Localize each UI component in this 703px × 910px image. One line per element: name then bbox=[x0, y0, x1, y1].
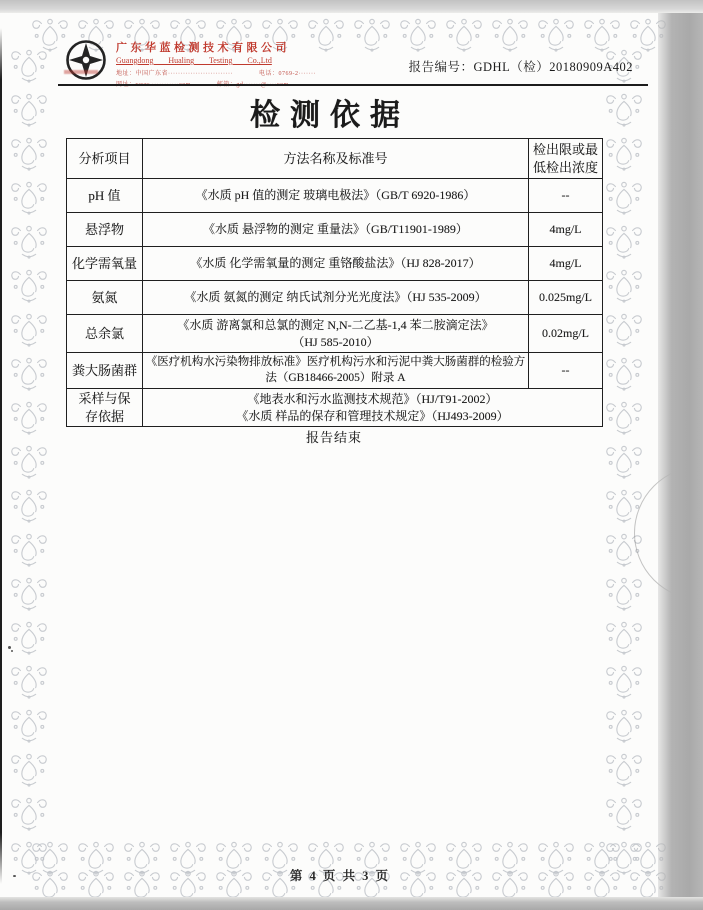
table-row: pH 值 《水质 pH 值的测定 玻璃电极法》（GB/T 6920-1986） … bbox=[67, 179, 603, 213]
scan-edge-left bbox=[0, 28, 2, 884]
filigree-motif-icon bbox=[442, 15, 486, 53]
method-standard: 《水质 游离氯和总氯的测定 N,N-二乙基-1,4 苯二胺滴定法》 （HJ 58… bbox=[143, 315, 529, 353]
report-number: 报告编号：GDHL（检）20180909A402 bbox=[409, 57, 634, 75]
accreditation-mark bbox=[64, 70, 98, 74]
col-header-limit: 检出限或最 低检出浓度 bbox=[529, 139, 603, 179]
scan-speck bbox=[11, 650, 13, 652]
page-number-footer: 第 4 页 共 3 页 bbox=[0, 866, 680, 884]
company-phone: 电话：0769-2······· bbox=[259, 68, 316, 77]
filigree-motif-icon bbox=[602, 706, 646, 744]
detection-limit: 0.02mg/L bbox=[529, 315, 603, 353]
filigree-motif-icon bbox=[7, 750, 51, 788]
analysis-item: 悬浮物 bbox=[67, 213, 143, 247]
detection-limit: 4mg/L bbox=[529, 213, 603, 247]
filigree-motif-icon bbox=[7, 486, 51, 524]
detection-limit: 0.025mg/L bbox=[529, 281, 603, 315]
filigree-motif-icon bbox=[602, 442, 646, 480]
test-basis-table: 分析项目 方法名称及标准号 检出限或最 低检出浓度 pH 值 《水质 pH 值的… bbox=[66, 138, 603, 427]
filigree-motif-icon bbox=[602, 398, 646, 436]
filigree-motif-icon bbox=[7, 398, 51, 436]
col-header-method: 方法名称及标准号 bbox=[143, 139, 529, 179]
filigree-motif-icon bbox=[602, 618, 646, 656]
method-standard: 《水质 氨氮的测定 纳氏试剂分光光度法》（HJ 535-2009） bbox=[143, 281, 529, 315]
scan-edge-top bbox=[0, 0, 703, 13]
analysis-item: pH 值 bbox=[67, 179, 143, 213]
detection-limit: -- bbox=[529, 353, 603, 389]
analysis-item: 化学需氧量 bbox=[67, 247, 143, 281]
company-name-cn: 广东华蓝检测技术有限公司 bbox=[116, 39, 446, 55]
detection-limit: -- bbox=[529, 179, 603, 213]
filigree-motif-icon bbox=[7, 662, 51, 700]
filigree-motif-icon bbox=[7, 354, 51, 392]
filigree-motif-icon bbox=[602, 310, 646, 348]
scanned-report-page: 广东华蓝检测技术有限公司 Guangdong Hualing Testing C… bbox=[0, 0, 703, 910]
filigree-motif-icon bbox=[7, 266, 51, 304]
filigree-motif-icon bbox=[534, 15, 578, 53]
filigree-motif-icon bbox=[602, 354, 646, 392]
scan-edge-right bbox=[658, 0, 703, 910]
company-address: 地址：中国广东省·························· bbox=[116, 68, 233, 77]
filigree-motif-icon bbox=[7, 706, 51, 744]
filigree-motif-icon bbox=[7, 794, 51, 832]
analysis-item: 总余氯 bbox=[67, 315, 143, 353]
detection-limit: 4mg/L bbox=[529, 247, 603, 281]
filigree-motif-icon bbox=[602, 662, 646, 700]
company-info: 广东华蓝检测技术有限公司 Guangdong Hualing Testing C… bbox=[116, 39, 446, 88]
method-standard: 《水质 悬浮物的测定 重量法》（GB/T11901-1989） bbox=[143, 213, 529, 247]
analysis-item: 粪大肠菌群 bbox=[67, 353, 143, 389]
company-compass-logo-icon bbox=[64, 38, 108, 82]
filigree-motif-icon bbox=[7, 530, 51, 568]
method-standard: 《地表水和污水监测技术规范》（HJ/T91-2002） 《水质 样品的保存和管理… bbox=[143, 389, 603, 427]
letterhead-rule bbox=[58, 84, 648, 86]
table-row: 粪大肠菌群 《医疗机构水污染物排放标准》医疗机构污水和污泥中粪大肠菌群的检验方 … bbox=[67, 353, 603, 389]
table-row: 采样与保 存依据 《地表水和污水监测技术规范》（HJ/T91-2002） 《水质… bbox=[67, 389, 603, 427]
filigree-motif-icon bbox=[488, 15, 532, 53]
filigree-motif-icon bbox=[7, 178, 51, 216]
scan-edge-bottom bbox=[0, 897, 703, 910]
col-header-item: 分析项目 bbox=[67, 139, 143, 179]
filigree-motif-icon bbox=[7, 222, 51, 260]
filigree-motif-icon bbox=[602, 134, 646, 172]
method-standard: 《医疗机构水污染物排放标准》医疗机构污水和污泥中粪大肠菌群的检验方 法（GB18… bbox=[143, 353, 529, 389]
filigree-motif-icon bbox=[7, 618, 51, 656]
scan-speck bbox=[8, 646, 11, 649]
table-row: 总余氯 《水质 游离氯和总氯的测定 N,N-二乙基-1,4 苯二胺滴定法》 （H… bbox=[67, 315, 603, 353]
filigree-motif-icon bbox=[602, 178, 646, 216]
filigree-motif-icon bbox=[602, 222, 646, 260]
page-title: 检测依据 bbox=[0, 90, 660, 134]
analysis-item: 采样与保 存依据 bbox=[67, 389, 143, 427]
filigree-motif-icon bbox=[602, 574, 646, 612]
table-header-row: 分析项目 方法名称及标准号 检出限或最 低检出浓度 bbox=[67, 139, 603, 179]
filigree-pattern-layer bbox=[0, 0, 703, 910]
filigree-motif-icon bbox=[7, 574, 51, 612]
report-end-note: 报告结束 bbox=[66, 427, 602, 446]
table-row: 悬浮物 《水质 悬浮物的测定 重量法》（GB/T11901-1989） 4mg/… bbox=[67, 213, 603, 247]
method-standard: 《水质 pH 值的测定 玻璃电极法》（GB/T 6920-1986） bbox=[143, 179, 529, 213]
filigree-motif-icon bbox=[7, 310, 51, 348]
method-standard: 《水质 化学需氧量的测定 重铬酸盐法》（HJ 828-2017） bbox=[143, 247, 529, 281]
filigree-motif-icon bbox=[602, 750, 646, 788]
filigree-motif-icon bbox=[602, 794, 646, 832]
filigree-motif-icon bbox=[7, 134, 51, 172]
company-name-en: Guangdong Hualing Testing Co.,Ltd bbox=[116, 56, 446, 65]
analysis-item: 氨氮 bbox=[67, 281, 143, 315]
table-row: 氨氮 《水质 氨氮的测定 纳氏试剂分光光度法》（HJ 535-2009） 0.0… bbox=[67, 281, 603, 315]
table-row: 化学需氧量 《水质 化学需氧量的测定 重铬酸盐法》（HJ 828-2017） 4… bbox=[67, 247, 603, 281]
filigree-motif-icon bbox=[602, 266, 646, 304]
filigree-motif-icon bbox=[7, 46, 51, 84]
filigree-motif-icon bbox=[7, 442, 51, 480]
